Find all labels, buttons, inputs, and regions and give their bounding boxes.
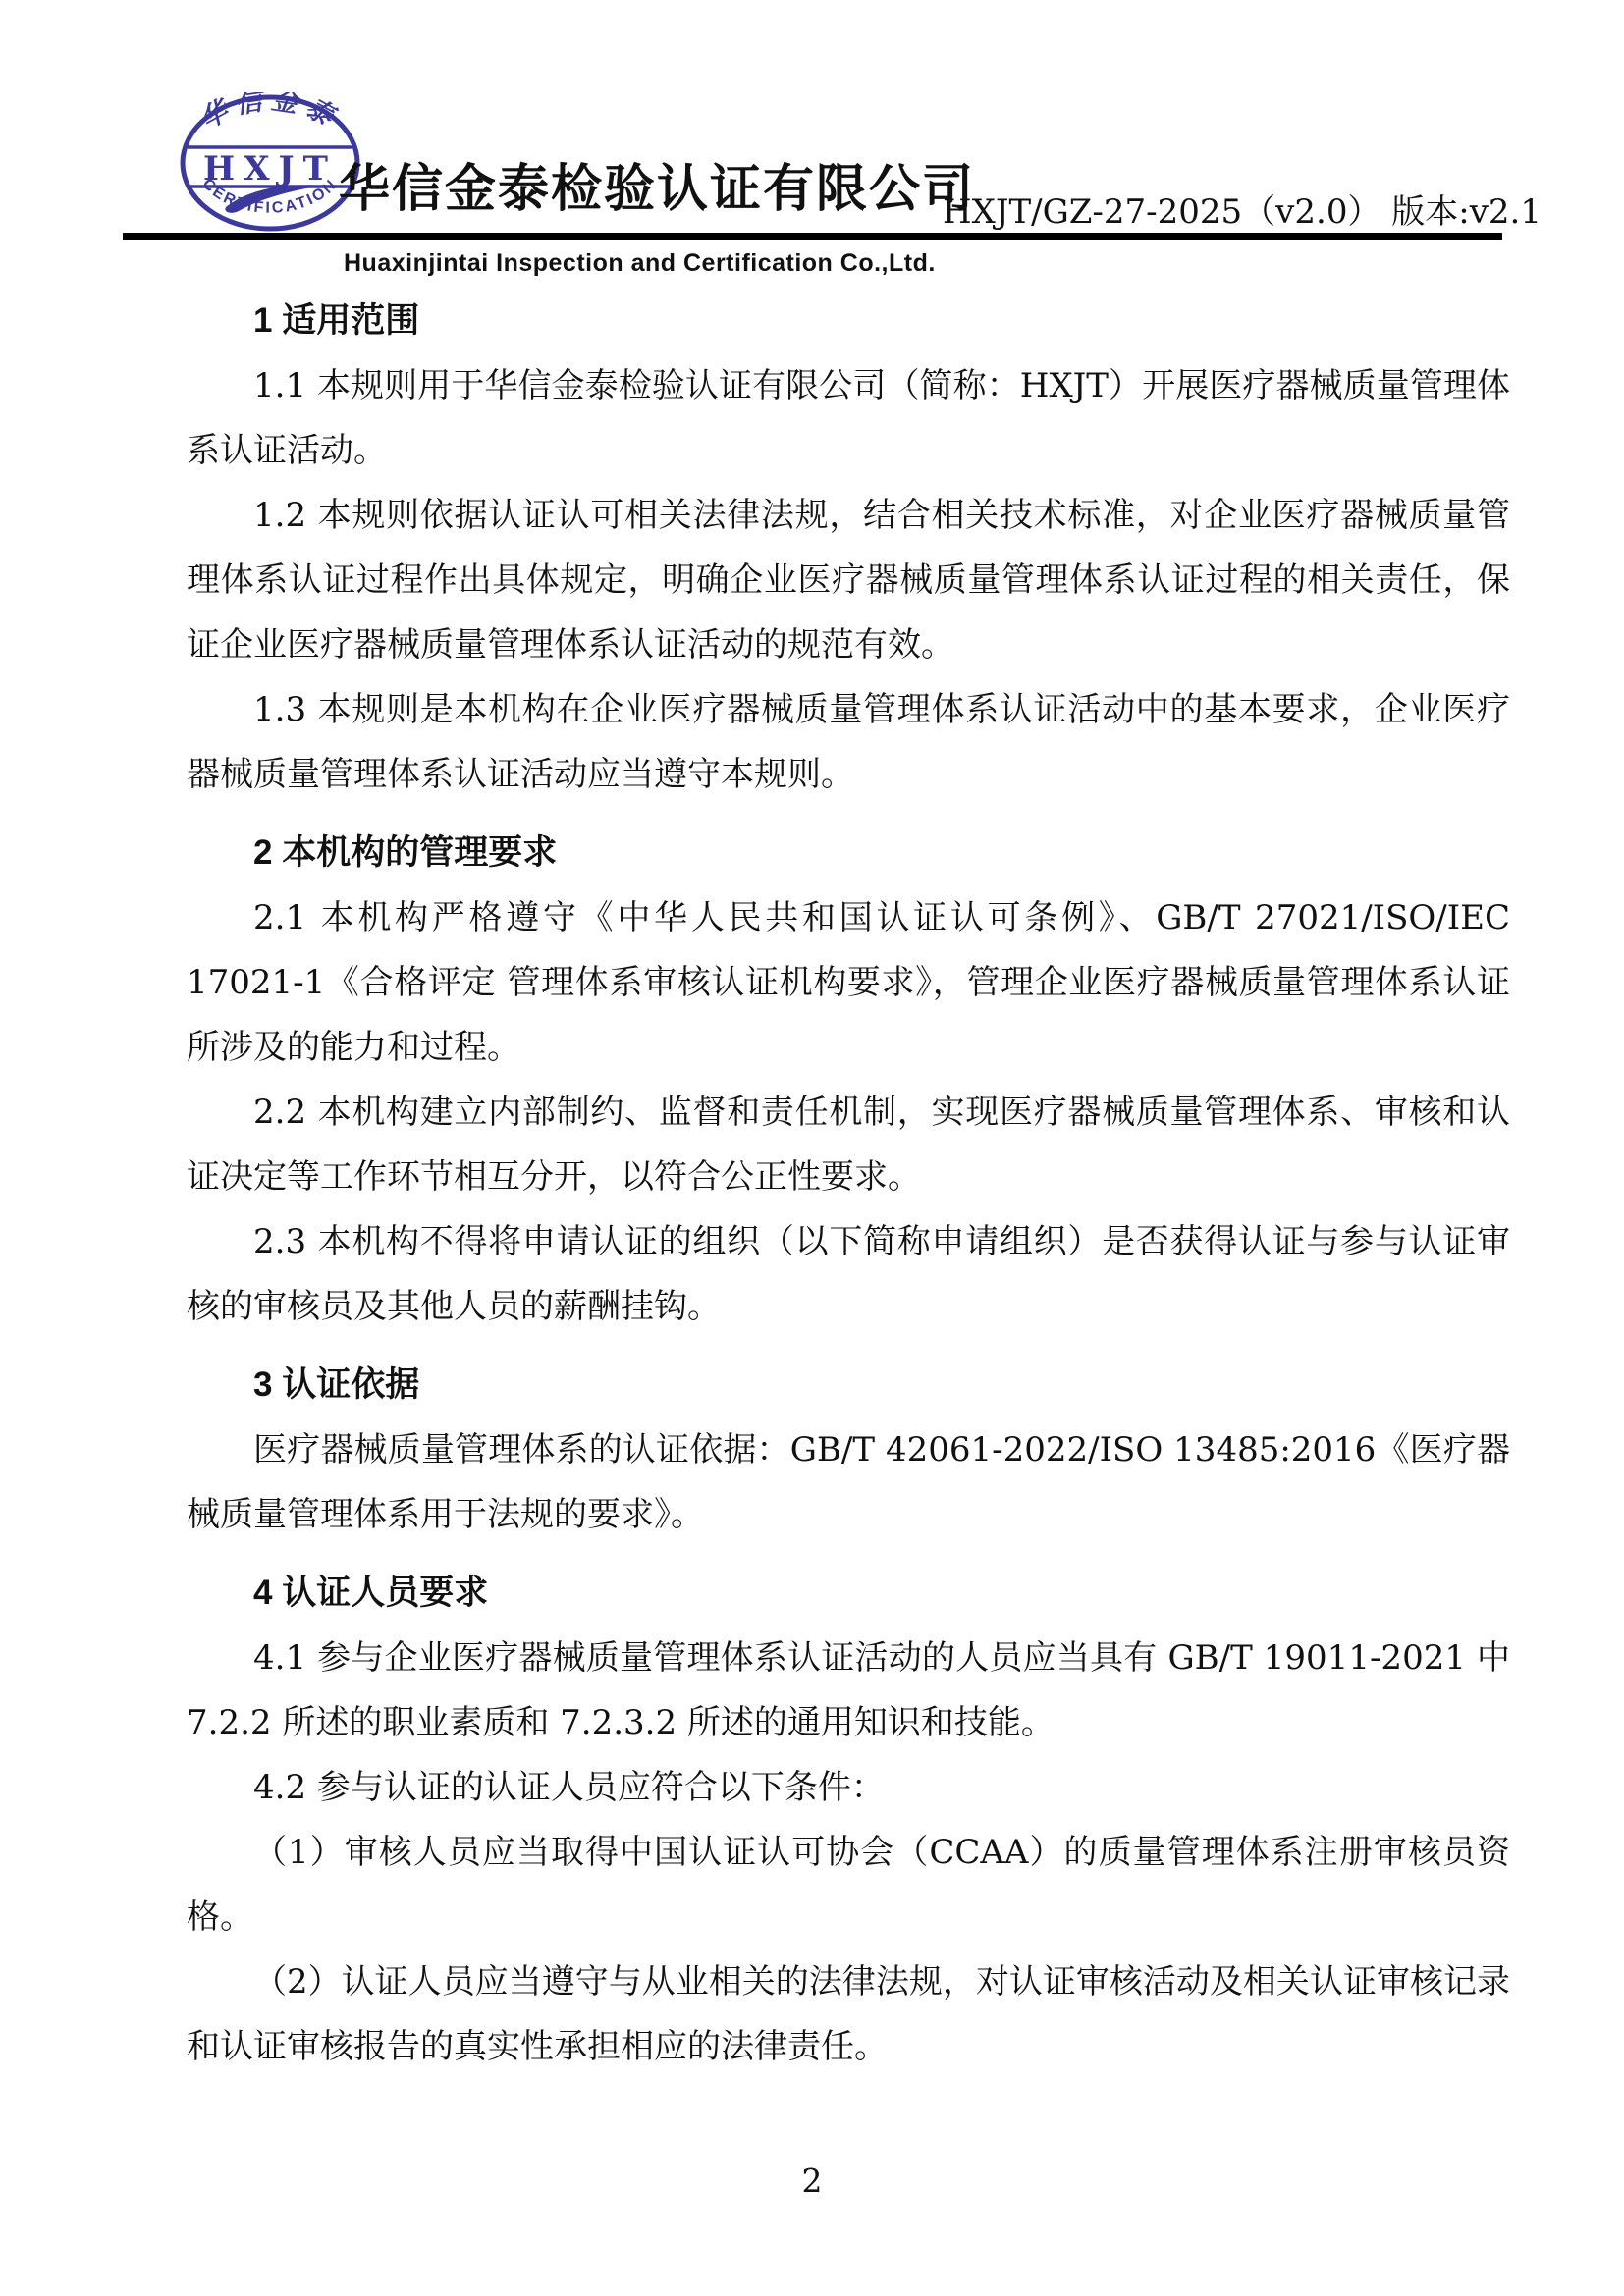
section-management-requirements: 2 本机构的管理要求 2.1 本机构严格遵守《中华人民共和国认证认可条例》、GB… [187, 821, 1510, 1339]
company-name-en: Huaxinjintai Inspection and Certificatio… [344, 249, 936, 278]
section-heading-4: 4 认证人员要求 [187, 1561, 1510, 1626]
paragraph-4-1: 4.1 参与企业医疗器械质量管理体系认证活动的人员应当具有 GB/T 19011… [187, 1626, 1510, 1755]
document-page: 华信金泰 HXJT CERTIFICATION 华信金泰检验认证有限公司 HXJ… [0, 0, 1624, 2296]
paragraph-1-3: 1.3 本规则是本机构在企业医疗器械质量管理体系认证活动中的基本要求，企业医疗器… [187, 677, 1510, 807]
document-number: HXJT/GZ-27-2025（v2.0） 版本:v2.1 [943, 185, 1542, 233]
paragraph-2-3: 2.3 本机构不得将申请认证的组织（以下简称申请组织）是否获得认证与参与认证审核… [187, 1209, 1510, 1339]
paragraph-2-2: 2.2 本机构建立内部制约、监督和责任机制，实现医疗器械质量管理体系、审核和认证… [187, 1080, 1510, 1209]
paragraph-3-1: 医疗器械质量管理体系的认证依据：GB/T 42061-2022/ISO 1348… [187, 1417, 1510, 1547]
company-name-zh: 华信金泰检验认证有限公司 [339, 147, 975, 221]
company-logo: 华信金泰 HXJT CERTIFICATION [177, 92, 363, 234]
section-personnel-requirements: 4 认证人员要求 4.1 参与企业医疗器械质量管理体系认证活动的人员应当具有 G… [187, 1561, 1510, 2079]
section-scope: 1 适用范围 1.1 本规则用于华信金泰检验认证有限公司（简称：HXJT）开展医… [187, 289, 1510, 807]
paragraph-4-2-item-1: （1）审核人员应当取得中国认证认可协会（CCAA）的质量管理体系注册审核员资格。 [187, 1820, 1510, 1949]
document-body: 1 适用范围 1.1 本规则用于华信金泰检验认证有限公司（简称：HXJT）开展医… [187, 289, 1510, 2079]
paragraph-1-1: 1.1 本规则用于华信金泰检验认证有限公司（简称：HXJT）开展医疗器械质量管理… [187, 353, 1510, 483]
section-heading-2: 2 本机构的管理要求 [187, 821, 1510, 885]
section-heading-3: 3 认证依据 [187, 1353, 1510, 1417]
section-heading-1: 1 适用范围 [187, 289, 1510, 353]
header-divider-rule [123, 233, 1502, 240]
page-number: 2 [0, 2162, 1624, 2200]
logo-hxjt-text: HXJT [203, 149, 337, 188]
paragraph-1-2: 1.2 本规则依据认证认可相关法律法规，结合相关技术标准，对企业医疗器械质量管理… [187, 483, 1510, 677]
paragraph-4-2: 4.2 参与认证的认证人员应符合以下条件： [187, 1755, 1510, 1820]
paragraph-2-1: 2.1 本机构严格遵守《中华人民共和国认证认可条例》、GB/T 27021/IS… [187, 885, 1510, 1080]
section-certification-basis: 3 认证依据 医疗器械质量管理体系的认证依据：GB/T 42061-2022/I… [187, 1353, 1510, 1547]
paragraph-4-2-item-2: （2）认证人员应当遵守与从业相关的法律法规，对认证审核活动及相关认证审核记录和认… [187, 1949, 1510, 2079]
